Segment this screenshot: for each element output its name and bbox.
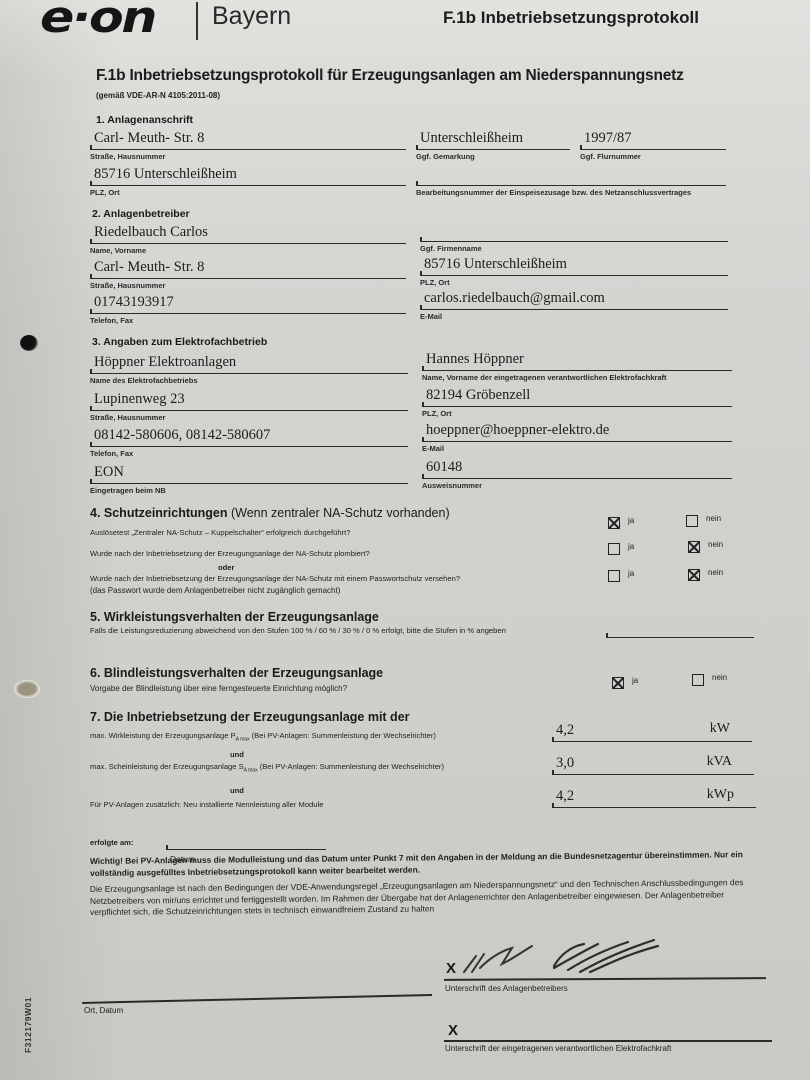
row-text: max. Wirkleistung der Erzeugungsanlage P [90,731,236,740]
field-line [166,849,326,851]
field-label: Bearbeitungsnummer der Einspeisezusage b… [416,188,691,197]
field-value: hoeppner@hoeppner-elektro.de [426,422,609,439]
eon-logo: e·on [40,0,155,43]
section2-plz-ort-field[interactable]: 85716 Unterschleißheim PLZ, Ort [420,254,728,276]
field-value: 4,2 [556,788,574,805]
scheinleistung-field[interactable]: 3,0 kVA [552,755,754,775]
section7-row1-text: max. Wirkleistung der Erzeugungsanlage P… [90,731,436,743]
oder-label: oder [218,563,234,572]
operator-sign-mark: X [446,960,456,977]
field-label: E-Mail [422,444,444,453]
section2-phone-field[interactable]: 01743193917 Telefon, Fax [90,292,406,314]
field-line [420,309,728,311]
field-value: 82194 Gröbenzell [426,387,530,404]
section4-heading-bold: 4. Schutzeinrichtungen [90,506,228,520]
field-label: E-Mail [420,312,442,321]
electrician-signature-line[interactable] [444,1040,772,1042]
und-label: und [230,750,244,759]
field-label: Ggf. Gemarkung [416,152,475,161]
field-value: 4,2 [556,722,574,739]
section3-nb-field[interactable]: EON Eingetragen beim NB [90,462,408,484]
field-unit: kWp [707,787,734,803]
document-subtitle: (gemäß VDE-AR-N 4105:2011-08) [96,91,220,100]
operator-signature-line[interactable] [444,977,766,980]
field-label: Telefon, Fax [90,316,133,325]
section4-heading-note: (Wenn zentraler NA-Schutz vorhanden) [228,506,450,520]
field-label: Name, Vorname [90,246,146,255]
q3-ja-label: ja [628,569,634,578]
wirkleistung-field[interactable]: 4,2 kW [552,722,752,742]
section5-heading: 5. Wirkleistungsverhalten der Erzeugungs… [90,610,379,624]
section6-heading: 6. Blindleistungsverhalten der Erzeugung… [90,666,383,680]
section3-plz-ort-field[interactable]: 82194 Gröbenzell PLZ, Ort [422,385,732,407]
field-label: Straße, Hausnummer [90,152,165,161]
electrician-signature-label: Unterschrift der eingetragenen verantwor… [445,1044,671,1053]
q1-nein-checkbox[interactable] [686,515,698,527]
row-sub: A max [236,737,250,743]
question-1: Auslösetest „Zentraler NA-Schutz – Kuppe… [90,528,350,537]
field-label: Name des Elektrofachbetriebs [90,376,198,385]
field-line [90,185,406,187]
field-line [90,373,408,375]
section3-ausweis-field[interactable]: 60148 Ausweisnummer [422,457,732,479]
section7-heading: 7. Die Inbetriebsetzung der Erzeugungsan… [90,710,410,724]
section2-heading: 2. Anlagenbetreiber [92,208,190,220]
field-value: Riedelbauch Carlos [94,224,208,241]
field-label: Straße, Hausnummer [90,413,165,422]
erfolgte-am-label: erfolgte am: [90,838,133,847]
section3-phone-field[interactable]: 08142-580606, 08142-580607 Telefon, Fax [90,425,408,447]
field-line [552,774,754,776]
field-line [422,406,732,408]
row-sub: A max [244,768,258,774]
q3-ja-checkbox[interactable] [608,570,620,582]
field-value: Carl- Meuth- Str. 8 [94,259,204,276]
q2-ja-checkbox[interactable] [608,543,620,555]
q1-nein-label: nein [706,514,721,523]
section3-company-field[interactable]: Höppner Elektroanlagen Name des Elektrof… [90,352,408,374]
section1-bearbeitungsnummer-field[interactable]: Bearbeitungsnummer der Einspeisezusage b… [416,164,726,186]
section3-heading: 3. Angaben zum Elektrofachbetrieb [92,336,267,348]
field-value: Lupinenweg 23 [94,391,185,408]
field-value: 85716 Unterschleißheim [424,256,567,273]
punch-hole-icon [20,335,38,351]
logo-region: Bayern [212,2,291,31]
electrician-sign-mark: X [448,1022,458,1039]
section3-email-field[interactable]: hoeppner@hoeppner-elektro.de E-Mail [422,420,732,442]
logo-divider [196,2,198,40]
field-label: PLZ, Ort [422,409,452,418]
section3-electrician-field[interactable]: Hannes Höppner Name, Vorname der eingetr… [422,349,732,371]
field-line [422,478,732,480]
q2-nein-checkbox[interactable] [688,541,700,553]
field-line [422,441,732,443]
field-line [552,741,752,743]
field-line [90,446,408,448]
form-side-code: F312179W01 [23,995,33,1055]
field-label: Straße, Hausnummer [90,281,165,290]
field-value: 01743193917 [94,294,174,311]
field-unit: kVA [707,754,732,770]
ort-datum-label: Ort, Datum [84,1006,123,1015]
field-value: carlos.riedelbauch@gmail.com [424,290,605,307]
section1-gemarkung-field[interactable]: Unterschleißheim Ggf. Gemarkung [416,128,570,150]
field-line [90,278,406,280]
und-label: und [230,786,244,795]
question-2: Wurde nach der Inbetriebsetzung der Erze… [90,549,370,558]
section1-street-field[interactable]: Carl- Meuth- Str. 8 Straße, Hausnummer [90,128,406,150]
password-note: (das Passwort wurde dem Anlagenbetreiber… [90,586,340,595]
field-value: 1997/87 [584,130,632,147]
q1-ja-checkbox[interactable] [608,517,620,529]
section2-street-field[interactable]: Carl- Meuth- Str. 8 Straße, Hausnummer [90,257,406,279]
field-label: Ausweisnummer [422,481,482,490]
field-value: 60148 [426,459,462,476]
field-line [606,637,754,639]
section4-heading: 4. Schutzeinrichtungen (Wenn zentraler N… [90,502,450,521]
operator-signature [458,938,668,978]
field-value: Höppner Elektroanlagen [94,354,236,371]
field-value: Hannes Höppner [426,351,524,368]
section1-plz-ort-field[interactable]: 85716 Unterschleißheim PLZ, Ort [90,164,406,186]
field-line [90,243,406,245]
field-label: Ggf. Flurnummer [580,152,641,161]
punch-hole-icon [14,680,40,698]
section2-name-field[interactable]: Riedelbauch Carlos Name, Vorname [90,222,406,244]
field-label: PLZ, Ort [90,188,120,197]
field-label: PLZ, Ort [420,278,450,287]
field-value: 3,0 [556,755,574,772]
field-value: EON [94,464,124,481]
field-line [416,185,726,187]
field-value: Unterschleißheim [420,130,523,147]
section6-text: Vorgabe der Blindleistung über eine fern… [90,684,347,693]
document-title: F.1b Inbetriebsetzungsprotokoll für Erze… [96,67,684,85]
section3-street-field[interactable]: Lupinenweg 23 Straße, Hausnummer [90,389,408,411]
field-value: Carl- Meuth- Str. 8 [94,130,204,147]
field-line [420,275,728,277]
section6-ja-checkbox[interactable] [612,677,624,689]
section6-nein-label: nein [712,673,727,682]
field-line [90,483,408,485]
q3-nein-checkbox[interactable] [688,569,700,581]
field-label: Ggf. Firmenname [420,244,482,253]
field-line [552,807,756,809]
row-note: (Bei PV-Anlagen: Summenleistung der Wech… [258,762,444,771]
datum-field[interactable] [166,838,326,850]
section5-text: Falls die Leistungsreduzierung abweichen… [90,626,506,635]
field-value: 08142-580606, 08142-580607 [94,427,270,444]
field-label: Name, Vorname der eingetragenen verantwo… [422,373,667,382]
form-code-title: F.1b Inbetriebsetzungsprotokoll [443,8,699,28]
section6-ja-label: ja [632,676,638,685]
field-label: Telefon, Fax [90,449,133,458]
field-label: Eingetragen beim NB [90,486,166,495]
section2-firma-field[interactable]: Ggf. Firmenname [420,222,728,242]
section1-flurnummer-field[interactable]: 1997/87 Ggf. Flurnummer [580,128,726,150]
field-line [416,149,570,151]
section6-nein-checkbox[interactable] [692,674,704,686]
field-line [90,313,406,315]
ort-datum-line[interactable] [82,994,432,1003]
field-line [580,149,726,151]
operator-signature-label: Unterschrift des Anlagenbetreibers [445,984,568,993]
row-text: max. Scheinleistung der Erzeugungsanlage… [90,762,244,771]
section5-stufen-field[interactable] [606,620,754,638]
field-unit: kW [710,721,730,737]
section7-row2-text: max. Scheinleistung der Erzeugungsanlage… [90,762,444,774]
question-3: Wurde nach der Inbetriebsetzung der Erze… [90,574,460,583]
modulleistung-field[interactable]: 4,2 kWp [552,788,756,808]
declaration-text: Die Erzeugungsanlage ist nach den Beding… [90,877,762,919]
section1-heading: 1. Anlagenanschrift [96,114,193,126]
q2-ja-label: ja [628,542,634,551]
q1-ja-label: ja [628,516,634,525]
field-line [422,370,732,372]
field-line [90,149,406,151]
section2-email-field[interactable]: carlos.riedelbauch@gmail.com E-Mail [420,288,728,310]
q2-nein-label: nein [708,540,723,549]
row-note: (Bei PV-Anlagen: Summenleistung der Wech… [250,731,436,740]
field-line [420,241,728,243]
field-value: 85716 Unterschleißheim [94,166,237,183]
field-line [90,410,408,412]
section7-row3-text: Für PV-Anlagen zusätzlich: Neu installie… [90,800,323,809]
q3-nein-label: nein [708,568,723,577]
